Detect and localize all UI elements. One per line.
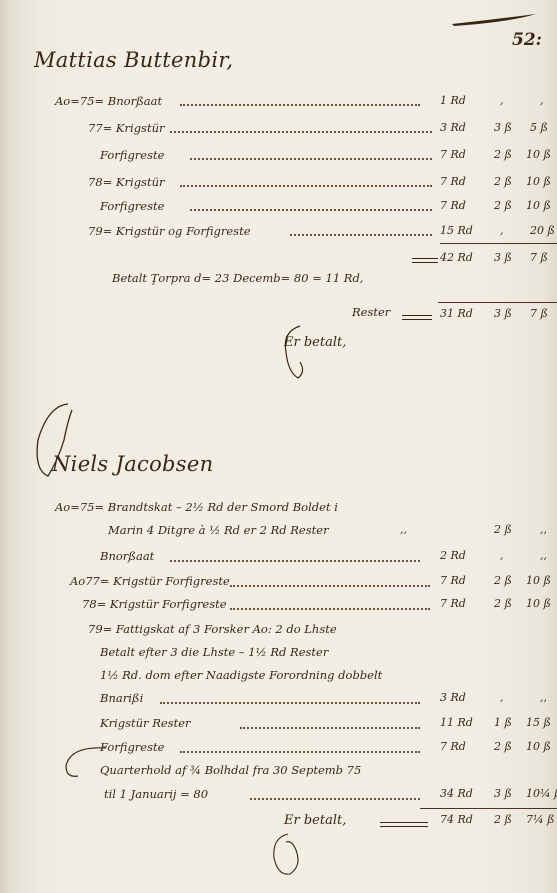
amount-sk: 10 ß xyxy=(526,740,551,753)
amount-rd: 11 Rd xyxy=(440,716,473,729)
amount-mk: 2 ß xyxy=(494,740,512,753)
sum-rule xyxy=(440,243,557,244)
amount-mk: , xyxy=(500,549,504,562)
entry-text: 1½ Rd. dom efter Naadigste Forordning do… xyxy=(100,668,382,682)
amount-mk: , xyxy=(500,691,504,704)
amount-sk: 10 ß xyxy=(526,175,551,188)
leader-dots xyxy=(160,702,420,704)
entry-text: 78= Krigstür Forfigreste xyxy=(82,597,227,611)
total-mk: 2 ß xyxy=(494,813,512,826)
amount-rd: 34 Rd xyxy=(440,787,473,800)
amount-sk: 10 ß xyxy=(526,597,551,610)
amount-rd: 3 Rd xyxy=(440,121,466,134)
entry-text: Krigstür Rester xyxy=(100,716,191,730)
flourish-loop xyxy=(278,322,308,382)
amount-rd: 3 Rd xyxy=(440,691,466,704)
amount-mk: 2 ß xyxy=(494,175,512,188)
leader-dots xyxy=(240,727,420,729)
rest-label: Rester xyxy=(352,305,390,319)
amount-sk: ,, xyxy=(540,549,547,562)
double-rule xyxy=(380,822,428,827)
entry-text: 77= Krigstür xyxy=(88,121,164,135)
amount-rd: 7 Rd xyxy=(440,199,466,212)
leader-dots xyxy=(170,560,420,562)
amount-mk: 1 ß xyxy=(494,716,512,729)
amount-mk: 2 ß xyxy=(494,199,512,212)
amount-mk: 2 ß xyxy=(494,574,512,587)
ledger-page: 52: Mattias Buttenbir, Ao=75= Bnorßaat 1… xyxy=(0,0,557,893)
rest-mk: 3 ß xyxy=(494,307,512,320)
entry-text: Forfigreste xyxy=(100,148,164,162)
entry-text: Forfigreste xyxy=(100,199,164,213)
amount-rd: 7 Rd xyxy=(440,175,466,188)
amount-mk: 2 ß xyxy=(494,597,512,610)
amount-sk: 10¼ ß xyxy=(526,787,557,800)
rest-rd: 31 Rd xyxy=(440,307,473,320)
page-number: 52: xyxy=(512,30,542,50)
entry-text: til 1 Januarij = 80 xyxy=(104,787,208,801)
amount-rd: 15 Rd xyxy=(440,224,473,237)
amount-sk: 10 ß xyxy=(526,574,551,587)
entry-text: Ao=75= Bnorßaat xyxy=(55,94,162,108)
entry-text: Ao=75= Brandtskat – 2½ Rd der Smord Bold… xyxy=(55,500,338,514)
status-paid: Er betalt, xyxy=(284,813,346,828)
leader-dots xyxy=(290,234,432,236)
leader-dots xyxy=(180,185,432,187)
amount-sk: 15 ß xyxy=(526,716,551,729)
leader-dots xyxy=(250,798,420,800)
amount-mk: 2 ß xyxy=(494,523,512,536)
leader-dots xyxy=(170,131,432,133)
amount-rd: 1 Rd xyxy=(440,94,466,107)
sum-rule xyxy=(438,302,557,303)
leader-dots xyxy=(230,585,430,587)
quill-stroke-decoration xyxy=(450,12,540,28)
leader-dots xyxy=(190,209,432,211)
entry-text: 79= Krigstür og Forfigreste xyxy=(88,224,251,238)
entry-text: Bnarißi xyxy=(100,691,143,705)
flourish-loop xyxy=(268,830,308,880)
total-sk: 7¼ ß xyxy=(526,813,555,826)
amount-mk: 3 ß xyxy=(494,787,512,800)
entry-text: Ao77= Krigstür Forfigreste xyxy=(70,574,230,588)
amount-mk: , xyxy=(500,224,504,237)
entry-text: Bnorßaat xyxy=(100,549,154,563)
entry-text: 78= Krigstür xyxy=(88,175,164,189)
amount-sk: 5 ß xyxy=(530,121,548,134)
total-mk: 3 ß xyxy=(494,251,512,264)
rest-sk: 7 ß xyxy=(530,307,548,320)
leader-dots xyxy=(190,158,432,160)
payment-note: Betalt Ţorpra d= 23 Decemb= 80 = 11 Rd, xyxy=(112,271,363,285)
amount-sk: ,, xyxy=(540,691,547,704)
account-name: Mattias Buttenbir, xyxy=(34,48,233,72)
amount-rd: 7 Rd xyxy=(440,740,466,753)
leader-dots xyxy=(230,608,430,610)
double-rule xyxy=(412,258,438,263)
amount-sk: , xyxy=(540,94,544,107)
entry-text: 79= Fattigskat af 3 Forsker Ao: 2 do Lhs… xyxy=(88,622,337,636)
account-name: Niels Jacobsen xyxy=(52,452,213,476)
amount-mk: 3 ß xyxy=(494,121,512,134)
amount-mk: , xyxy=(500,94,504,107)
sum-rule xyxy=(420,808,557,809)
amount-sk: ,, xyxy=(540,523,547,536)
amount-rd: ,, xyxy=(400,523,407,536)
amount-sk: 20 ß xyxy=(530,224,555,237)
amount-rd: 2 Rd xyxy=(440,549,466,562)
amount-rd: 7 Rd xyxy=(440,597,466,610)
entry-text: Quarterhold af ¾ Bolhdal fra 30 Septemb … xyxy=(100,763,361,777)
leader-dots xyxy=(180,751,420,753)
amount-rd: 7 Rd xyxy=(440,148,466,161)
entry-text: Betalt efter 3 die Lhste – 1½ Rd Rester xyxy=(100,645,328,659)
amount-sk: 10 ß xyxy=(526,199,551,212)
amount-sk: 10 ß xyxy=(526,148,551,161)
entry-text: Marin 4 Ditgre à ½ Rd er 2 Rd Rester xyxy=(108,523,329,537)
double-rule xyxy=(402,315,432,320)
total-rd: 42 Rd xyxy=(440,251,473,264)
amount-rd: 7 Rd xyxy=(440,574,466,587)
leader-dots xyxy=(180,104,420,106)
total-rd: 74 Rd xyxy=(440,813,473,826)
amount-mk: 2 ß xyxy=(494,148,512,161)
total-sk: 7 ß xyxy=(530,251,548,264)
